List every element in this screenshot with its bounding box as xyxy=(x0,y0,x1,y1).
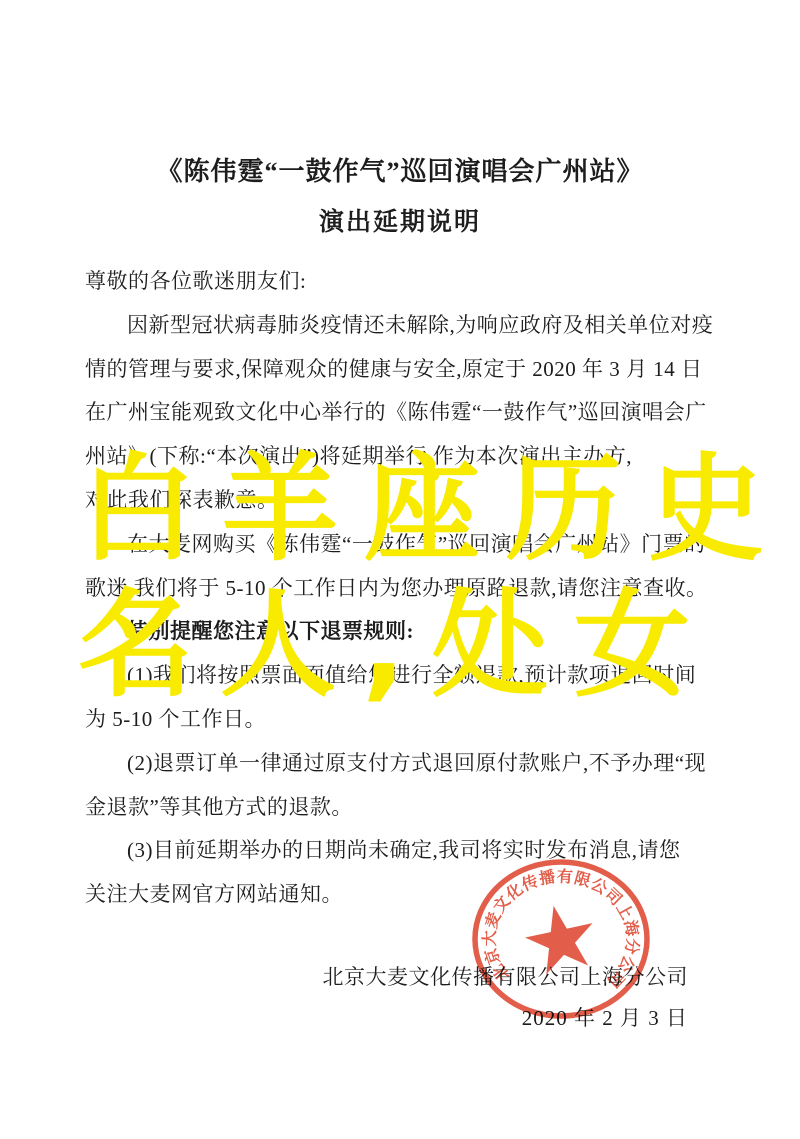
document-subtitle: 演出延期说明 xyxy=(0,202,800,238)
document-title: 《陈伟霆“一鼓作气”巡回演唱会广州站》 xyxy=(0,151,800,188)
watermark-text-line1: 白羊座历史 xyxy=(80,452,790,568)
body-line: 情的管理与要求,保障观众的健康与安全,原定于 2020 年 3 月 14 日 xyxy=(85,348,730,392)
watermark-text-line2: 名人,处女 xyxy=(78,588,716,704)
seal-star-icon: ★ xyxy=(517,891,605,992)
document-page: 《陈伟霆“一鼓作气”巡回演唱会广州站》 演出延期说明 尊敬的各位歌迷朋友们:因新… xyxy=(0,0,800,1139)
body-line: 在广州宝能观致文化中心举行的《陈伟霆“一鼓作气”巡回演唱会广 xyxy=(85,391,730,435)
body-line: 因新型冠状病毒肺炎疫情还未解除,为响应政府及相关单位对疫 xyxy=(85,304,730,348)
body-line: (2)退票订单一律通过原支付方式退回原付款账户,不予办理“现 xyxy=(85,742,730,786)
company-seal: ★ 北京大麦文化传播有限公司上海分公司 xyxy=(456,846,668,1038)
body-line: 金退款”等其他方式的退款。 xyxy=(85,786,730,830)
body-line: 尊敬的各位歌迷朋友们: xyxy=(85,260,730,304)
